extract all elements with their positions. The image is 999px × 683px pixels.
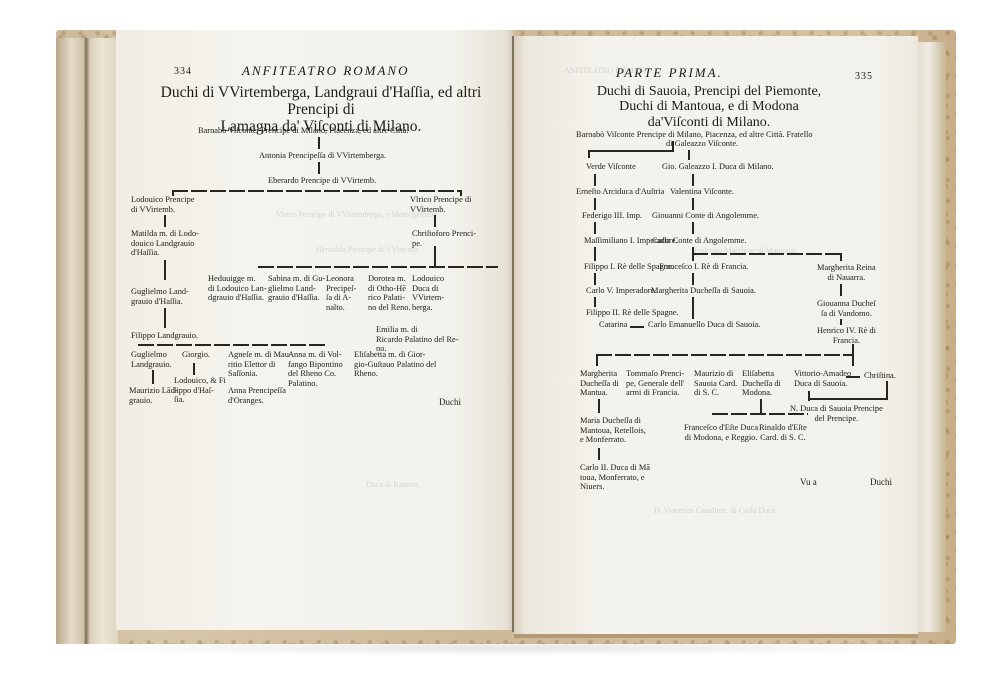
tree-node: Lodouico Prencipe di VVirtemb. <box>131 195 195 214</box>
tree-node: Sabina m. di Gu- glielmo Land- grauio d'… <box>268 274 325 303</box>
tree-node: Maria Ducheſſa di Mantoua, Retellois, e … <box>580 416 646 445</box>
tree-node: Chriſtina. <box>864 372 896 381</box>
show-through-text: Hernaldo Prencipe di VVirtemb. <box>316 245 420 254</box>
tree-node: Verde Viſconte <box>586 163 636 172</box>
tree-node: Rinaldo d'Eſte Card. di S. C. <box>759 423 807 442</box>
page-title-line: da'Viſconti di Milano. <box>554 115 864 130</box>
tree-node: Maurizio Lād- grauio. <box>129 386 178 405</box>
tree-node: Franceſco I. Rè di Francia. <box>659 263 748 272</box>
tree-node: Filippo Landgrauio. <box>131 332 198 341</box>
tree-node: Lodouico Duca di VVirtem- berga. <box>412 274 444 313</box>
tree-node: Dorotea m. di Otho-Hē rico Palati- no de… <box>368 274 411 313</box>
page-title: Duchi di Sauoia, Prencipi del Piemonte, … <box>554 84 864 130</box>
page-block-edge-left <box>56 38 118 644</box>
tree-node: Margherita Ducheſſa di Mantua. <box>580 369 619 398</box>
page-title-line: Duchi di Mantoua, e di Modona <box>554 99 864 114</box>
catchword: Duchi <box>439 398 461 407</box>
page-title-line: Duchi di Sauoia, Prencipi del Piemonte, <box>554 84 864 99</box>
tree-node: Anna Prencipeſſa d'Oranges. <box>228 386 286 405</box>
show-through-text: D. Vincenzo Caualiere, & Carlo Duca <box>654 506 775 515</box>
tree-node: Margherita Ducheſſa di Sauoia. <box>651 287 756 296</box>
tree-node: Maurizio di Sauoia Card. di S. C. <box>694 369 737 398</box>
tree-node: Agneſe m. di Mau- ritio Elettor di Saſſo… <box>228 350 292 379</box>
tree-node: Vlrico Prencipe di VVirtemb. <box>410 195 471 214</box>
tree-node: Carlo Conte di Angolemme. <box>652 237 746 246</box>
tree-node: Carlo Emanuello Duca di Sauoia. <box>648 321 760 330</box>
left-page: Vlrico Prencipe di VVirtemberga, e Momog… <box>116 30 514 630</box>
tree-node: di Galeazzo Viſconte. <box>666 140 738 149</box>
catchword: Duchi <box>870 478 892 487</box>
tree-node: Giouanni Conte di Angolemme. <box>652 212 759 221</box>
tree-node: Gio. Galeazzo I. Duca di Milano. <box>662 163 774 172</box>
page-number: 334 <box>174 67 192 78</box>
running-head: PARTE PRIMA. <box>616 66 723 80</box>
tree-node: Anna m. di Vol- fango Bipontino del Rhen… <box>288 350 343 389</box>
tree-node: Guglielmo Landgrauio. <box>131 350 172 369</box>
tree-node: Valentina Viſconte. <box>670 188 734 197</box>
tree-node: Margherita Reina di Nauarra. <box>817 263 876 282</box>
tree-node: Catarina <box>599 321 627 330</box>
tree-node: Franceſco d'Eſte Duca di Modona, e Reggi… <box>684 423 758 442</box>
tree-node: Giorgio. <box>182 350 210 360</box>
tree-node: Antonia Prencipeſſa di VVirtemberga. <box>259 152 386 161</box>
tree-node: Eliſabetta Ducheſſa di Modona. <box>742 369 781 398</box>
tree-node: Lodouico, & Fi lippo d'Haſ- ſia. <box>174 376 226 405</box>
running-head: ANFITEATRO ROMANO <box>242 64 409 78</box>
tree-node: Carlo II. Duca di Mā toua, Monferrato, e… <box>580 463 650 492</box>
tree-node: Heduuigge m. di Lodouico Lan- dgrauio d'… <box>208 274 267 303</box>
tree-node: Eberardo Prencipe di VVirtemb. <box>268 177 376 186</box>
tree-node: Tommaſo Prenci- pe, Generale dell' armi … <box>626 369 684 398</box>
page-number: 335 <box>855 72 873 83</box>
show-through-text: Duca di Bauiera. <box>366 480 420 489</box>
right-page: ANFITEATRO ROMANO Federigo Marchese di M… <box>514 36 918 638</box>
tree-node: Erneſto Arciduca d'Auſtria <box>576 188 665 197</box>
tree-node: Carlo V. Imperadore. <box>586 287 656 296</box>
tree-node: Henrico IV. Rè di Francia. <box>817 326 876 345</box>
tree-node: Chriſtoforo Prenci- pe. <box>412 229 476 248</box>
tree-node: Giouanna Ducheſ ſa di Vandomo. <box>817 299 876 318</box>
tree-node: Leonora Precipeſ- ſa di A- nalto. <box>326 274 356 313</box>
tree-node: Guglielmo Land- grauio d'Haſſia. <box>131 287 189 306</box>
tree-node: Matilda m. di Lodo- douico Landgrauio d'… <box>131 229 199 258</box>
tree-node: Filippo II. Rè delle Spagne. <box>586 309 679 318</box>
tree-node-root: Barnabò Viſconte, Prencipe di Milano, Pi… <box>198 127 409 136</box>
tree-node: Federigo III. Imp. <box>582 212 642 221</box>
signature-mark: Vu a <box>800 478 817 487</box>
tree-node: Vittorio-Amadeo Duca di Sauoia. <box>794 369 851 388</box>
page-block-edge-right <box>918 42 946 632</box>
page-title-line: Duchi di VVirtemberga, Landgraui d'Haſſi… <box>136 84 506 118</box>
tree-node: Eliſabetta m. di Gior- gio-Guſtauo Palat… <box>354 350 436 379</box>
